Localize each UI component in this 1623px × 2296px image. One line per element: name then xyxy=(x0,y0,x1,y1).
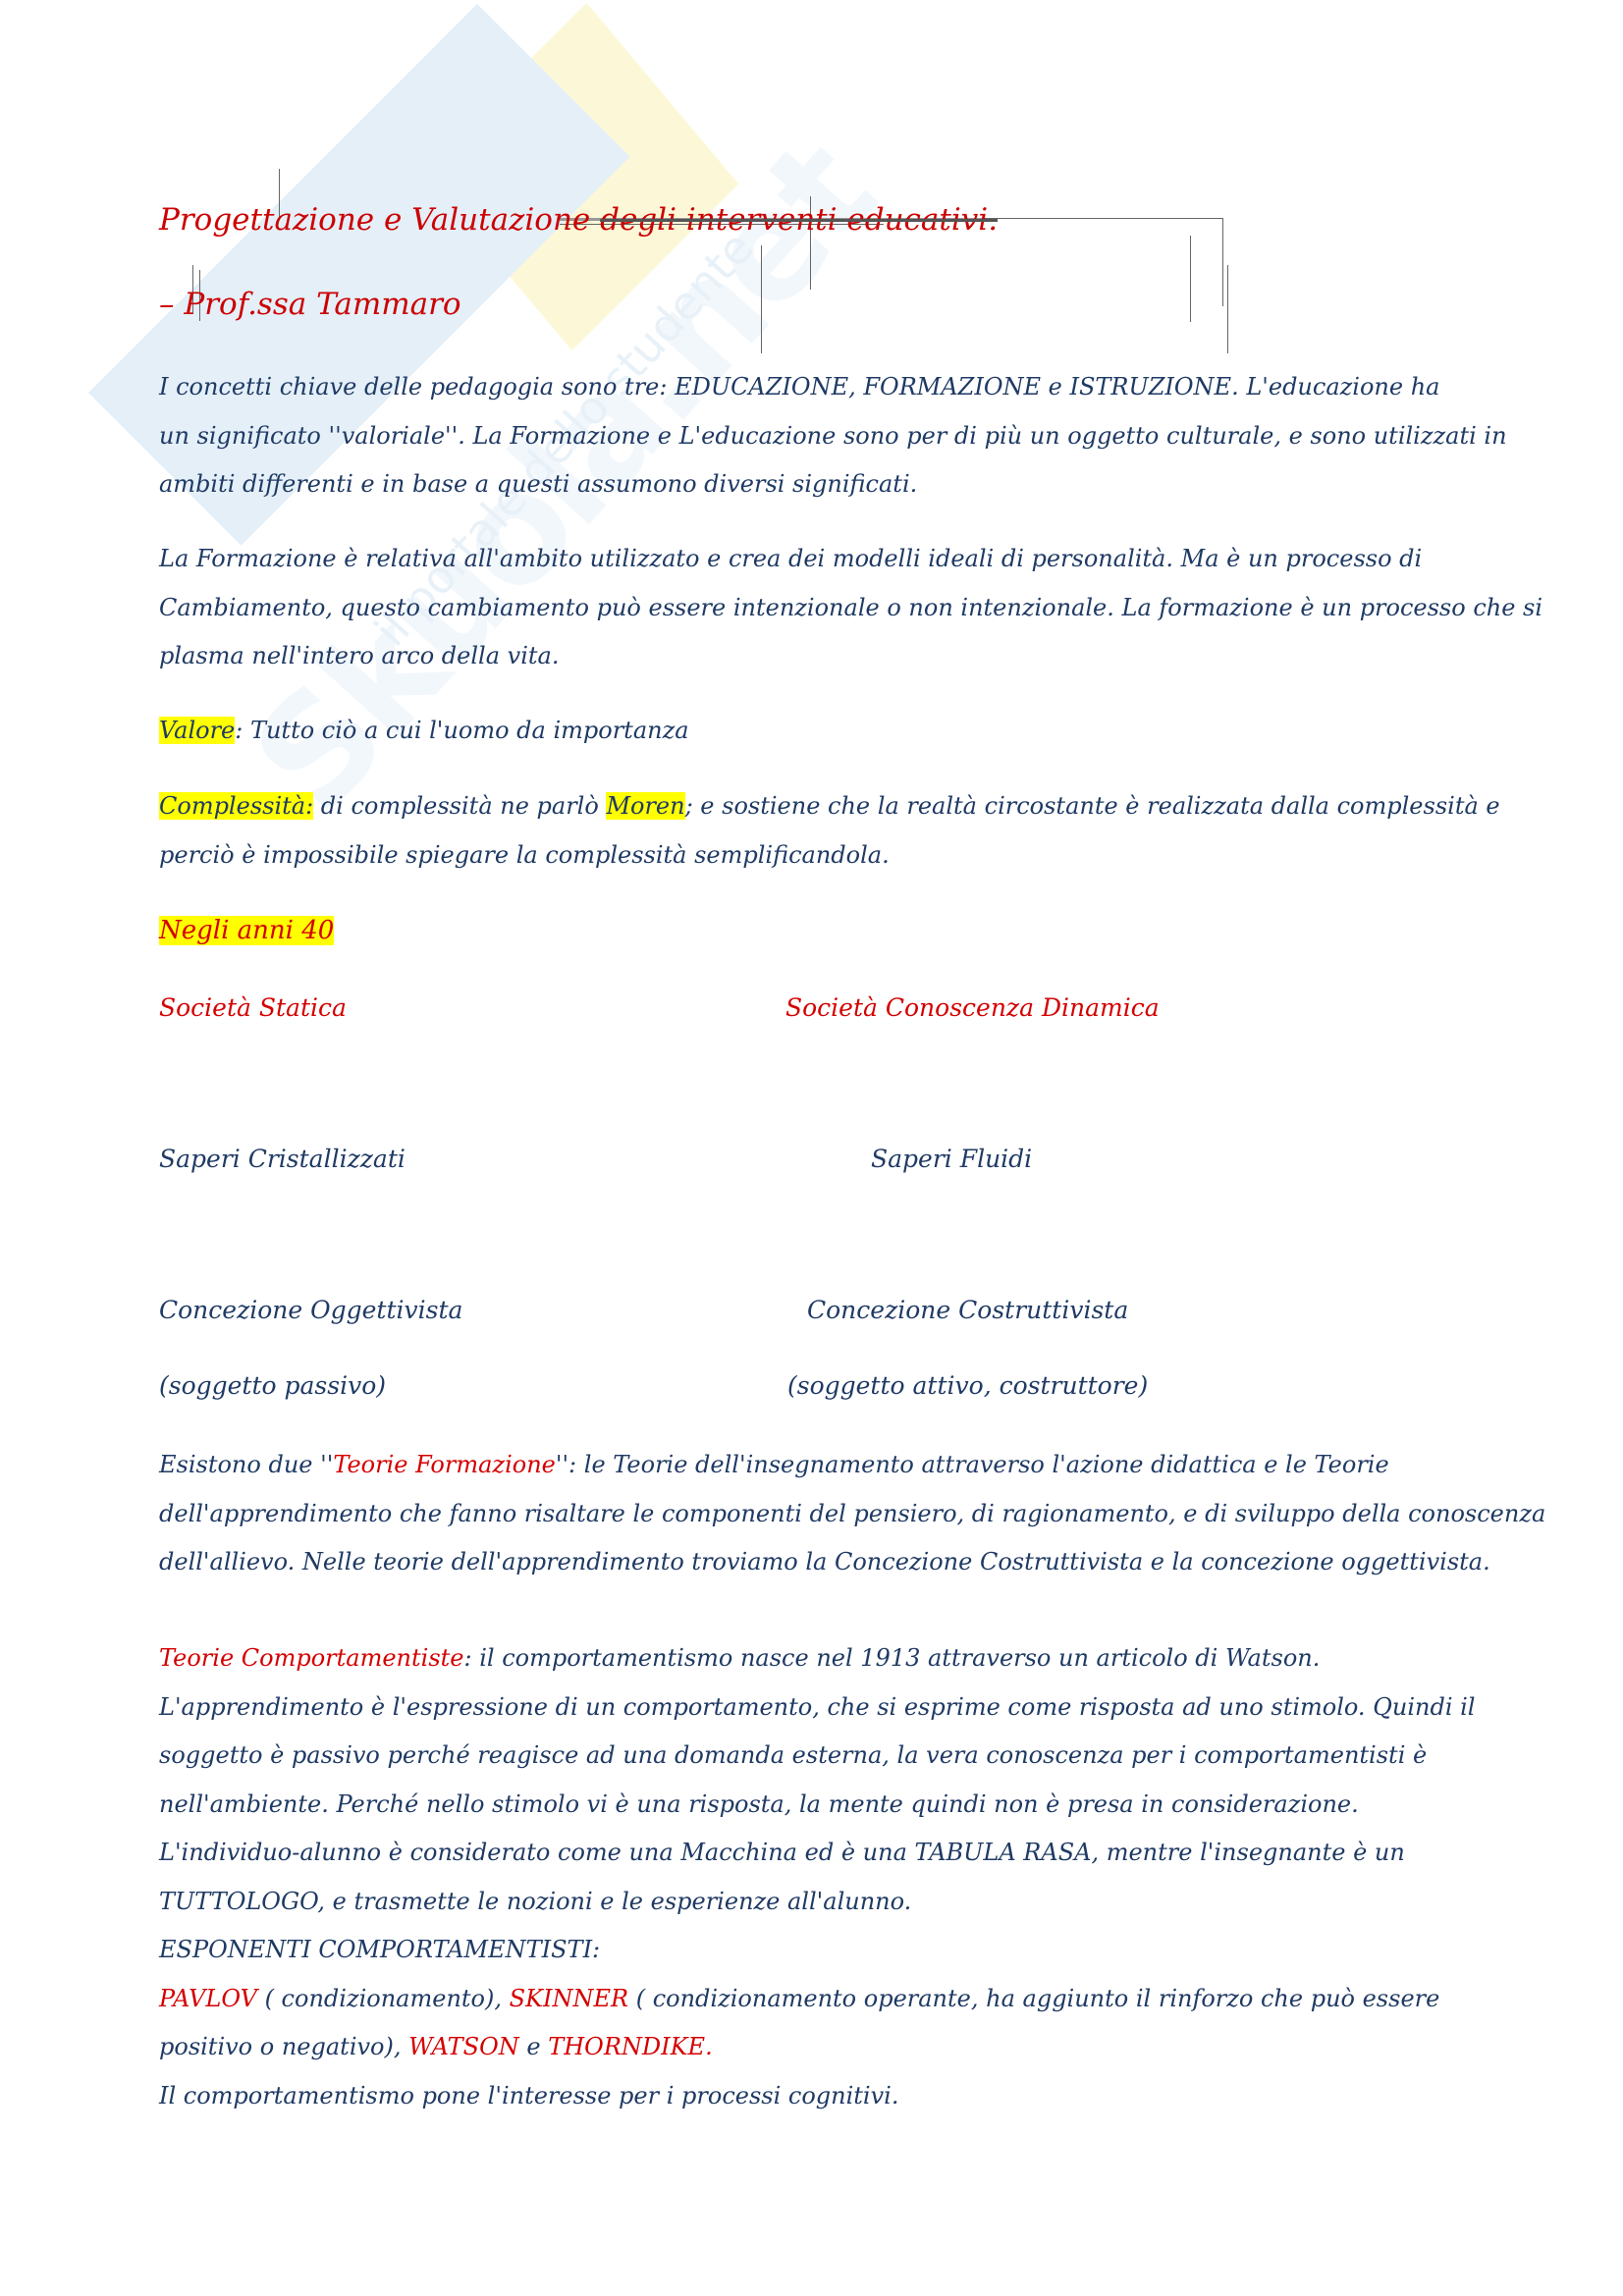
complessita-paragraph: Complessità: di complessità ne parlò Mor… xyxy=(159,782,1500,880)
text-span: : il comportamentismo nasce nel 1913 att… xyxy=(464,1644,1321,1672)
text-line: La Formazione è relativa all'ambito util… xyxy=(159,535,1542,584)
comparison-right-4: (soggetto attivo, costruttore) xyxy=(787,1371,1148,1400)
text-line: ambiti differenti e in base a questi ass… xyxy=(159,460,1507,509)
comparison-right-3: Concezione Costruttivista xyxy=(807,1296,1128,1324)
comparison-right-2: Saperi Fluidi xyxy=(871,1145,1032,1173)
text-line: L'individuo-alunno è considerato come un… xyxy=(159,1829,1475,1878)
text-line: TUTTOLOGO, e trasmette le nozioni e le e… xyxy=(159,1878,1475,1927)
text-line: perciò è impossibile spiegare la comples… xyxy=(159,831,1500,881)
definition-text: : Tutto ciò a cui l'uomo da importanza xyxy=(235,717,688,744)
text-line: dell'allievo. Nelle teorie dell'apprendi… xyxy=(159,1538,1545,1587)
text-line: Cambiamento, questo cambiamento può esse… xyxy=(159,584,1542,633)
comparison-left-4: (soggetto passivo) xyxy=(159,1371,386,1400)
exponent-name: SKINNER xyxy=(510,1985,628,2012)
text-line: un significato ''valoriale''. La Formazi… xyxy=(159,412,1507,461)
text-line: nell'ambiente. Perché nello stimolo vi è… xyxy=(159,1781,1475,1830)
title-struck-text: degli interventi educativi. xyxy=(600,202,998,238)
text-span: di complessità ne parlò xyxy=(313,792,606,820)
highlighted-term: Valore xyxy=(159,717,235,744)
text-line: soggetto è passivo perché reagisce ad un… xyxy=(159,1732,1475,1781)
stray-line xyxy=(982,218,1222,219)
comparison-left-2: Saperi Cristallizzati xyxy=(159,1145,406,1173)
comportamentiste-section: Teorie Comportamentiste: il comportament… xyxy=(159,1634,1475,2120)
text-span: ( condizionamento), xyxy=(257,1985,510,2012)
comparison-right-1: Società Conoscenza Dinamica xyxy=(785,993,1160,1022)
text-line: Il comportamentismo pone l'interesse per… xyxy=(159,2072,1475,2121)
text-line: plasma nell'intero arco della vita. xyxy=(159,632,1542,681)
exponent-name: THORNDIKE. xyxy=(548,2033,712,2060)
document-subtitle: – Prof.ssa Tammaro xyxy=(159,287,461,322)
text-span: '': le Teorie dell'insegnamento attraver… xyxy=(556,1451,1389,1478)
watermark-yellow-shape xyxy=(420,3,739,350)
text-span: ; e sostiene che la realtà circostante è… xyxy=(685,792,1500,820)
comparison-left-1: Società Statica xyxy=(159,993,347,1022)
document-title: Progettazione e Valutazione degli interv… xyxy=(159,202,998,238)
teorie-paragraph: Esistono due ''Teorie Formazione'': le T… xyxy=(159,1441,1545,1587)
stray-line xyxy=(761,245,762,353)
text-line: Teorie Comportamentiste: il comportament… xyxy=(159,1634,1475,1683)
highlighted-label: Negli anni 40 xyxy=(159,916,334,945)
anni40-label: Negli anni 40 xyxy=(159,907,334,956)
stray-line xyxy=(1227,265,1228,353)
stray-line xyxy=(1222,218,1223,306)
text-line: PAVLOV ( condizionamento), SKINNER ( con… xyxy=(159,1975,1475,2024)
text-line: Complessità: di complessità ne parlò Mor… xyxy=(159,782,1500,831)
text-line: positivo o negativo), WATSON e THORNDIKE… xyxy=(159,2023,1475,2072)
text-span: positivo o negativo), xyxy=(159,2033,408,2060)
highlighted-term: Complessità: xyxy=(159,792,313,820)
formazione-paragraph: La Formazione è relativa all'ambito util… xyxy=(159,535,1542,681)
red-term: Teorie Formazione xyxy=(333,1451,556,1478)
exponent-name: PAVLOV xyxy=(159,1985,257,2012)
text-line: dell'apprendimento che fanno risaltare l… xyxy=(159,1490,1545,1539)
red-term: Teorie Comportamentiste xyxy=(159,1644,464,1672)
comparison-left-3: Concezione Oggettivista xyxy=(159,1296,462,1324)
highlighted-name: Moren xyxy=(606,792,684,820)
text-span: e xyxy=(519,2033,548,2060)
text-span: Esistono due '' xyxy=(159,1451,333,1478)
text-line: I concetti chiave delle pedagogia sono t… xyxy=(159,363,1507,412)
intro-paragraph: I concetti chiave delle pedagogia sono t… xyxy=(159,363,1507,509)
text-line: L'apprendimento è l'espressione di un co… xyxy=(159,1683,1475,1733)
stray-line xyxy=(1190,236,1191,322)
exponent-name: WATSON xyxy=(408,2033,519,2060)
text-span: ( condizionamento operante, ha aggiunto … xyxy=(628,1985,1439,2012)
text-line: ESPONENTI COMPORTAMENTISTI: xyxy=(159,1926,1475,1975)
valore-definition: Valore: Tutto ciò a cui l'uomo da import… xyxy=(159,707,689,756)
document-page: Skuola.net il portale dello studente Pro… xyxy=(0,0,1623,2296)
title-text: Progettazione e Valutazione xyxy=(159,202,600,238)
text-line: Esistono due ''Teorie Formazione'': le T… xyxy=(159,1441,1545,1490)
